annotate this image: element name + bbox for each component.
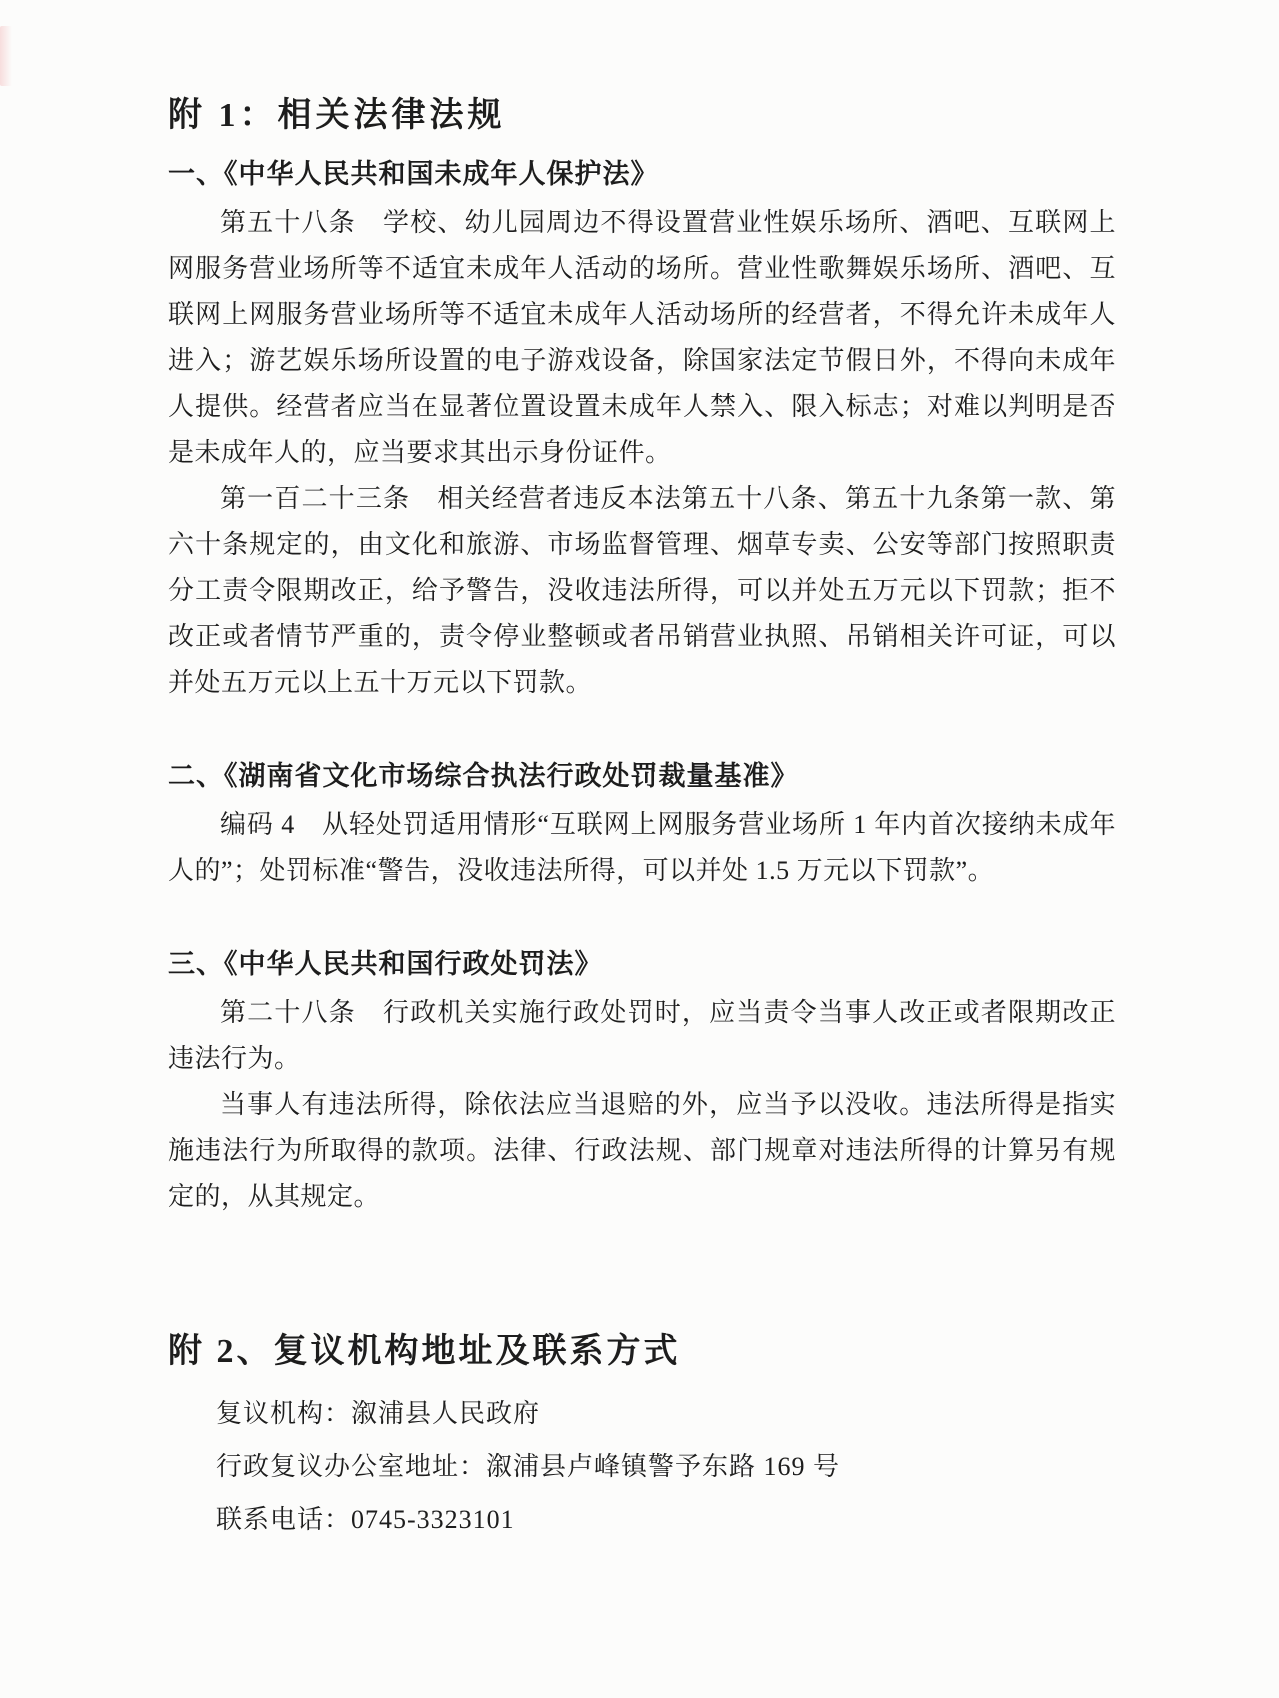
section-2-paragraph-1: 编码 4 从轻处罚适用情形“互联网上网服务营业场所 1 年内首次接纳未成年人的”… bbox=[168, 802, 1116, 894]
appendix2-contacts: 复议机构：溆浦县人民政府 行政复议办公室地址：溆浦县卢峰镇警予东路 169 号 … bbox=[168, 1398, 1116, 1536]
document-page: 附 1：相关法律法规 一、《中华人民共和国未成年人保护法》 第五十八条 学校、幼… bbox=[0, 0, 1279, 1698]
scan-artifact bbox=[0, 26, 12, 86]
section-1-heading: 一、《中华人民共和国未成年人保护法》 bbox=[168, 154, 1116, 194]
section-1-paragraph-2: 第一百二十三条 相关经营者违反本法第五十八条、第五十九条第一款、第六十条规定的，… bbox=[168, 476, 1116, 706]
appendix1-title: 附 1：相关法律法规 bbox=[168, 94, 1116, 138]
section-3-heading: 三、《中华人民共和国行政处罚法》 bbox=[168, 944, 1116, 984]
section-law-1: 一、《中华人民共和国未成年人保护法》 第五十八条 学校、幼儿园周边不得设置营业性… bbox=[168, 154, 1116, 706]
appendix2-title: 附 2、复议机构地址及联系方式 bbox=[168, 1328, 1116, 1376]
section-law-2: 二、《湖南省文化市场综合执法行政处罚裁量基准》 编码 4 从轻处罚适用情形“互联… bbox=[168, 756, 1116, 894]
contact-line-agency: 复议机构：溆浦县人民政府 bbox=[168, 1398, 1116, 1430]
document-content: 附 1：相关法律法规 一、《中华人民共和国未成年人保护法》 第五十八条 学校、幼… bbox=[168, 94, 1116, 1557]
section-1-paragraph-1: 第五十八条 学校、幼儿园周边不得设置营业性娱乐场所、酒吧、互联网上网服务营业场所… bbox=[168, 200, 1116, 476]
section-3-paragraph-1: 第二十八条 行政机关实施行政处罚时，应当责令当事人改正或者限期改正违法行为。 bbox=[168, 990, 1116, 1082]
contact-line-phone: 联系电话：0745-3323101 bbox=[168, 1504, 1116, 1536]
section-3-paragraph-2: 当事人有违法所得，除依法应当退赔的外，应当予以没收。违法所得是指实施违法行为所取… bbox=[168, 1082, 1116, 1220]
section-law-3: 三、《中华人民共和国行政处罚法》 第二十八条 行政机关实施行政处罚时，应当责令当… bbox=[168, 944, 1116, 1220]
section-2-heading: 二、《湖南省文化市场综合执法行政处罚裁量基准》 bbox=[168, 756, 1116, 796]
contact-line-address: 行政复议办公室地址：溆浦县卢峰镇警予东路 169 号 bbox=[168, 1451, 1116, 1483]
